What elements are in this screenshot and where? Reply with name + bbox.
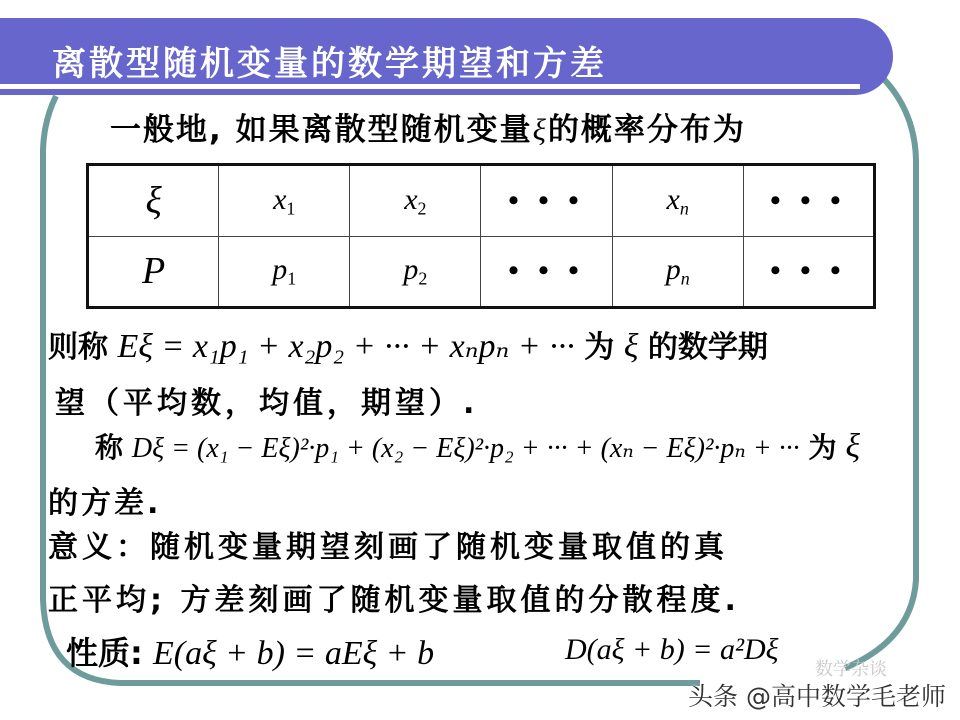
intro-after: 的概率分布为 <box>548 112 746 148</box>
intro-xi: ξ <box>533 112 548 147</box>
title-underline <box>0 84 860 89</box>
expectation-lead: 则称 <box>48 330 108 365</box>
table-cell-ellipsis: • • • <box>481 236 612 308</box>
slide-title: 离散型随机变量的数学期望和方差 <box>52 36 607 85</box>
expectation-formula: Eξ = x₁p₁ + x₂p₂ + ··· + xₙpₙ + ··· <box>118 328 575 365</box>
table-cell-ellipsis: • • • <box>743 165 874 237</box>
meaning-line1: 意义：随机变量期望刻画了随机变量取值的真 <box>48 522 728 566</box>
property-variance-formula: D(aξ + b) = a²Dξ <box>565 633 779 666</box>
expectation-tail: 的数学期 <box>648 330 768 365</box>
table-cell-ellipsis: • • • <box>743 236 874 308</box>
table-cell-ellipsis: • • • <box>481 165 612 237</box>
table-cell: pn <box>612 236 743 308</box>
expectation-line2: 望（平均数，均值，期望）. <box>55 378 478 422</box>
expectation-wei: 为 <box>584 330 614 365</box>
meaning-line2: 正平均; 方差刻画了随机变量取值的分散程度. <box>48 575 740 619</box>
table-cell: x2 <box>350 165 481 237</box>
table-row-values: ξ x1 x2 • • • xn • • • <box>88 165 875 237</box>
table-cell: p2 <box>350 236 481 308</box>
table-cell: x1 <box>219 165 350 237</box>
variance-line2: 的方差. <box>48 478 161 522</box>
properties-label: 性质: <box>66 634 143 672</box>
variance-xi: ξ <box>845 428 860 465</box>
expectation-definition: 则称 Eξ = x₁p₁ + x₂p₂ + ··· + xₙpₙ + ··· 为… <box>48 322 768 366</box>
intro-before: 一般地, 如果离散型随机变量 <box>110 112 533 148</box>
watermark-main: 头条 @高中数学毛老师 <box>688 677 946 713</box>
properties-line: 性质: E(aξ + b) = aEξ + b <box>66 628 434 674</box>
table-head-xi: ξ <box>88 165 219 237</box>
table-head-p: P <box>88 236 219 308</box>
table-cell: xn <box>612 165 743 237</box>
title-bar: 离散型随机变量的数学期望和方差 <box>0 18 893 95</box>
property-expectation-formula: E(aξ + b) = aEξ + b <box>153 635 434 672</box>
property-variance: D(aξ + b) = a²Dξ <box>565 632 779 667</box>
table-cell: p1 <box>219 236 350 308</box>
variance-formula: Dξ = (x₁ − Eξ)²·p₁ + (x₂ − Eξ)²·p₂ + ···… <box>132 433 800 464</box>
expectation-xi: ξ <box>624 328 639 365</box>
variance-wei: 为 <box>809 431 837 464</box>
probability-distribution-table: ξ x1 x2 • • • xn • • • P p1 p2 • • • pn … <box>86 163 876 309</box>
intro-text: 一般地, 如果离散型随机变量ξ的概率分布为 <box>110 104 746 149</box>
variance-lead: 称 <box>95 431 123 464</box>
table-row-probabilities: P p1 p2 • • • pn • • • <box>88 236 875 308</box>
variance-definition: 称 Dξ = (x₁ − Eξ)²·p₁ + (x₂ − Eξ)²·p₂ + ·… <box>95 426 860 466</box>
